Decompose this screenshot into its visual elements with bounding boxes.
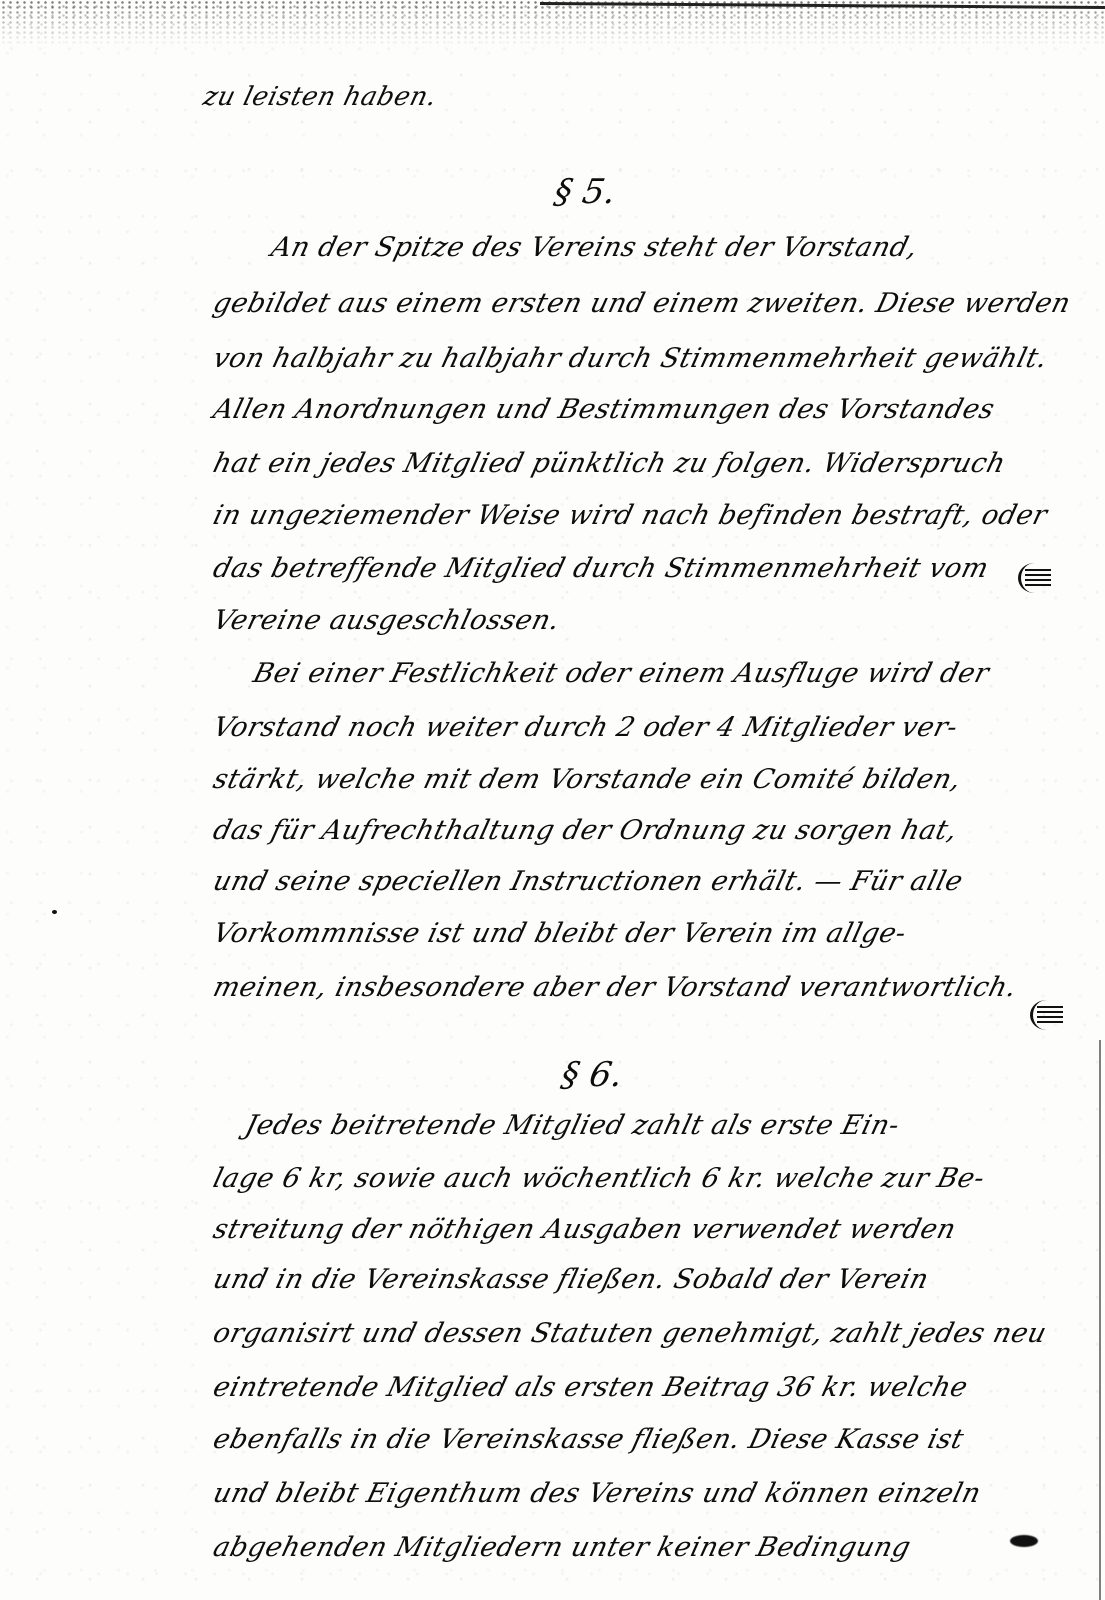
scanned-page: zu leisten haben. § 5. An der Spitze des… [0, 0, 1105, 1600]
page-edge-right [1099, 1040, 1101, 1600]
s6-line-9: abgehenden Mitgliedern unter keiner Bedi… [210, 1532, 914, 1563]
s5-line-2: gebildet aus einem ersten und einem zwei… [210, 288, 1074, 319]
s6-line-1: Jedes beitretende Mitglied zahlt als ers… [242, 1110, 903, 1141]
margin-mark [52, 910, 57, 914]
s5-line-1: An der Spitze des Vereins steht der Vors… [268, 232, 921, 263]
section-5-heading: § 5. [551, 172, 618, 212]
s5-line-4: Allen Anordnungen und Bestimmungen des V… [210, 394, 998, 425]
s5-line-15: meinen, insbesondere aber der Vorstand v… [210, 972, 1020, 1003]
s6-line-3: streitung der nöthigen Ausgaben verwende… [210, 1214, 959, 1245]
s5-line-3: von halbjahr zu halbjahr durch Stimmenme… [210, 343, 1051, 374]
s5-line-6: in ungeziemender Weise wird nach befinde… [210, 500, 1051, 531]
s5-line-10: Vorstand noch weiter durch 2 oder 4 Mitg… [210, 712, 961, 743]
seal-stamp-icon [1030, 1000, 1063, 1030]
ink-blot [1010, 1535, 1038, 1547]
s5-line-7: das betreffende Mitglied durch Stimmenme… [210, 553, 992, 584]
s5-line-9: Bei einer Festlichkeit oder einem Ausflu… [250, 658, 992, 689]
s6-line-7: ebenfalls in die Vereinskasse fließen. D… [210, 1424, 967, 1455]
carry-over-line: zu leisten haben. [200, 82, 440, 112]
s6-line-2: lage 6 kr, sowie auch wöchentlich 6 kr. … [210, 1163, 988, 1194]
s5-line-12: das für Aufrechthaltung der Ordnung zu s… [210, 815, 961, 846]
s6-line-6: eintretende Mitglied als ersten Beitrag … [210, 1372, 971, 1403]
s5-line-8: Vereine ausgeschlossen. [210, 605, 563, 636]
s5-line-11: stärkt, welche mit dem Vorstande ein Com… [210, 764, 964, 795]
s6-line-8: und bleibt Eigenthum des Vereins und kön… [210, 1478, 984, 1509]
seal-stamp-icon [1018, 563, 1051, 593]
s5-line-5: hat ein jedes Mitglied pünktlich zu folg… [210, 448, 1009, 479]
s5-line-13: und seine speciellen Instructionen erhäl… [210, 866, 966, 897]
section-6-heading: § 6. [558, 1055, 625, 1095]
s6-line-5: organisirt und dessen Statuten genehmigt… [210, 1318, 1050, 1349]
s5-line-14: Vorkommnisse ist und bleibt der Verein i… [210, 918, 910, 949]
s6-line-4: und in die Vereinskasse fließen. Sobald … [210, 1264, 932, 1295]
